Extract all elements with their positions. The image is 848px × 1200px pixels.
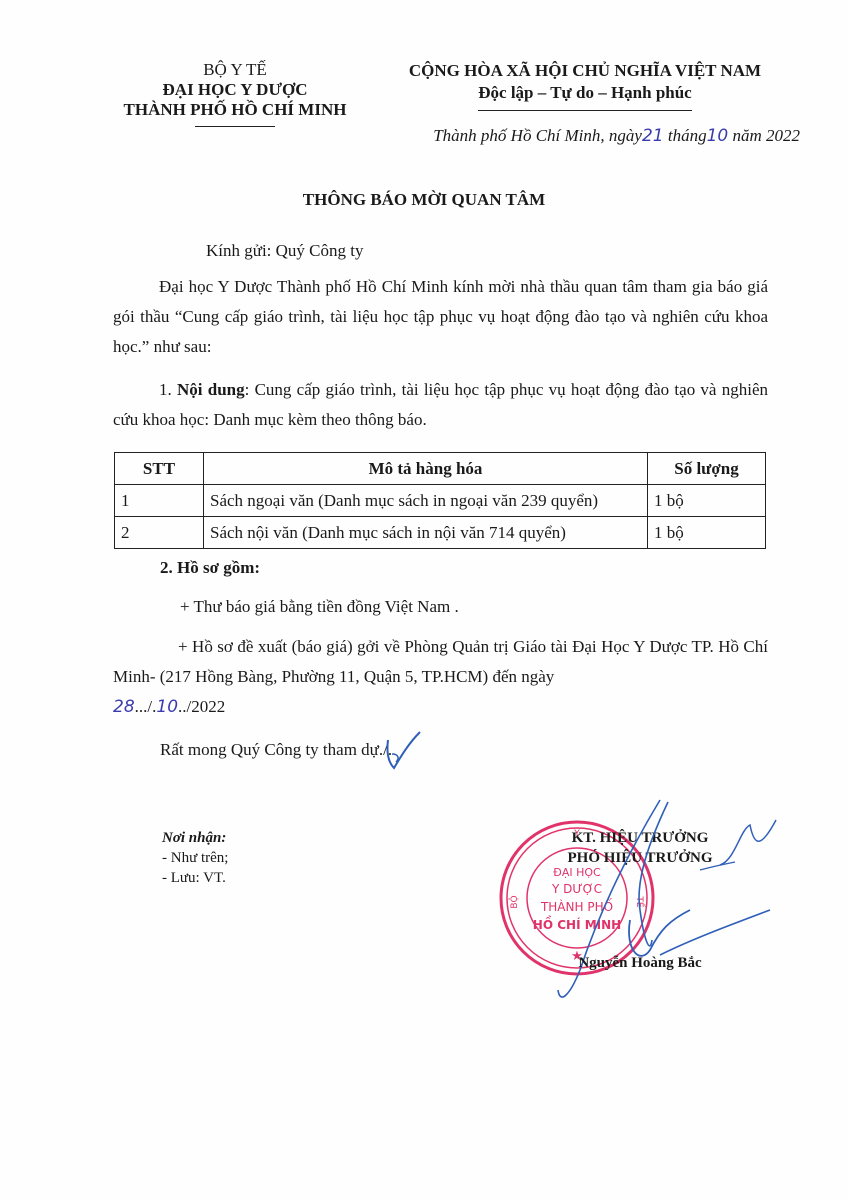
goods-table: STT Mô tả hàng hóa Số lượng 1 Sách ngoại… [114,452,766,549]
table-header-row: STT Mô tả hàng hóa Số lượng [115,453,766,485]
document-date: Thành phố Hồ Chí Minh, ngày21 tháng10 nă… [380,126,800,146]
section2-item2: + Hồ sơ đề xuất (báo giá) gởi về Phòng Q… [113,632,768,692]
handwritten-signature-icon [540,790,800,1010]
cell-stt: 1 [115,485,204,517]
ministry-name: BỘ Y TẾ [90,60,380,80]
document-title: THÔNG BÁO MỜI QUAN TÂM [0,190,848,210]
intro-paragraph: Đại học Y Dược Thành phố Hồ Chí Minh kín… [113,272,768,362]
section1-heading: Nội dung [177,380,245,399]
section1-number: 1. [159,380,172,399]
table-row: 1 Sách ngoại văn (Danh mục sách in ngoại… [115,485,766,517]
cell-quantity: 1 bộ [648,485,766,517]
cell-stt: 2 [115,517,204,549]
date-month-label: tháng [668,126,707,145]
deadline-date: 28.../.10../2022 [113,692,768,722]
recipient-item: - Như trên; [162,848,228,868]
motto-underline [478,110,692,111]
salutation: Kính gửi: Quý Công ty [113,236,768,266]
cell-description: Sách ngoại văn (Danh mục sách in ngoại v… [204,485,648,517]
deadline-month-handwritten: 10 [156,697,178,717]
signer-name: Nguyễn Hoàng Bắc [520,955,760,972]
closing-line: Rất mong Quý Công ty tham dự./. [160,735,815,765]
initial-checkmark-icon [382,728,422,778]
university-name-line1: ĐẠI HỌC Y DƯỢC [90,80,380,100]
recipients-block: Nơi nhận: - Như trên; - Lưu: VT. [162,828,228,888]
date-month-handwritten: 10 [707,126,729,146]
national-motto: Độc lập – Tự do – Hạnh phúc [375,82,795,104]
col-header-description: Mô tả hàng hóa [204,453,648,485]
deadline-year: /2022 [187,697,226,716]
date-day-handwritten: 21 [642,126,664,146]
col-header-stt: STT [115,453,204,485]
deadline-day-handwritten: 28 [113,697,135,717]
cell-description: Sách nội văn (Danh mục sách in nội văn 7… [204,517,648,549]
closing-text: Rất mong Quý Công ty tham dự./. [160,740,392,759]
university-name-line2: THÀNH PHỐ HỒ CHÍ MINH [90,100,380,120]
nation-name: CỘNG HÒA XÃ HỘI CHỦ NGHĨA VIỆT NAM [375,60,795,82]
date-year: năm 2022 [732,126,800,145]
recipient-item: - Lưu: VT. [162,868,228,888]
section1-paragraph: 1. Nội dung: Cung cấp giáo trình, tài li… [113,375,768,435]
col-header-quantity: Số lượng [648,453,766,485]
table-row: 2 Sách nội văn (Danh mục sách in nội văn… [115,517,766,549]
issuer-underline [195,126,275,127]
section2-item1: + Thư báo giá bằng tiền đồng Việt Nam . [180,592,835,622]
svg-text:BỘ: BỘ [508,895,520,908]
recipients-label: Nơi nhận: [162,828,228,848]
issuer-block: BỘ Y TẾ ĐẠI HỌC Y DƯỢC THÀNH PHỐ HỒ CHÍ … [90,60,380,127]
section2-heading: 2. Hồ sơ gồm: [160,553,815,583]
cell-quantity: 1 bộ [648,517,766,549]
date-prefix: Thành phố Hồ Chí Minh, ngày [433,126,642,145]
national-heading: CỘNG HÒA XÃ HỘI CHỦ NGHĨA VIỆT NAM Độc l… [375,60,795,111]
